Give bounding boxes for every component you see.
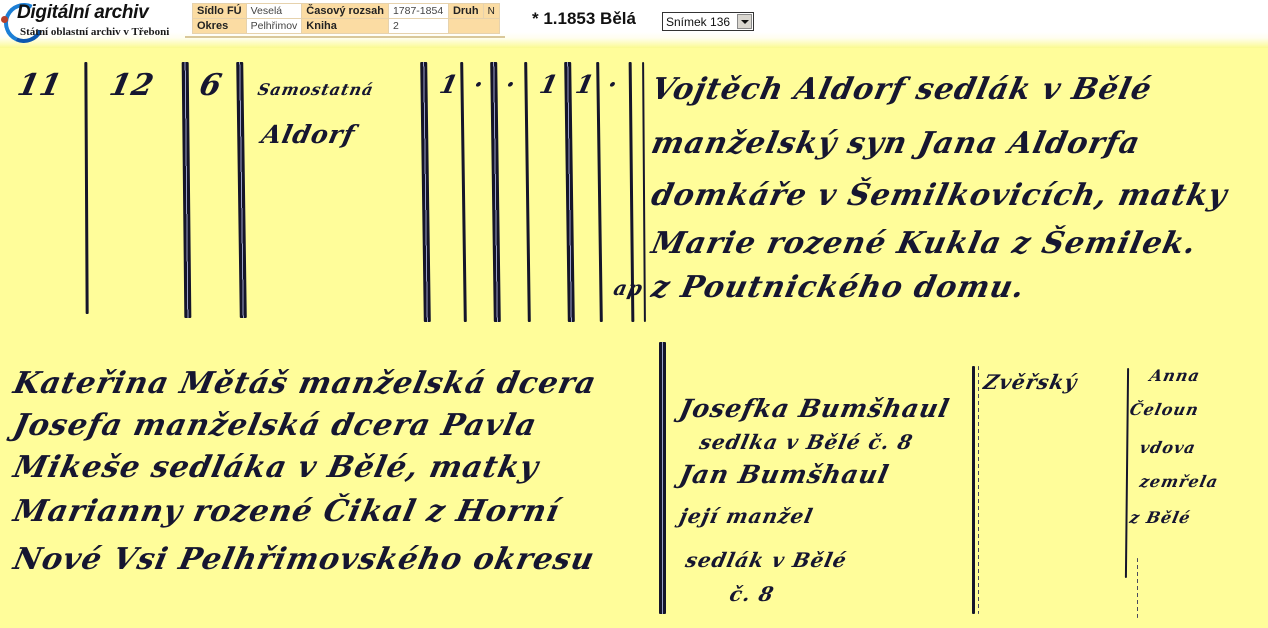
logo-dot-icon bbox=[1, 16, 8, 23]
druh-label: Druh bbox=[448, 4, 483, 19]
entry-mark: · bbox=[471, 70, 487, 99]
snimek-selected-value: Snímek 136 bbox=[666, 15, 737, 29]
note-line: zemřela bbox=[1138, 472, 1220, 491]
druh-value: N bbox=[483, 4, 499, 19]
father-line: Vojtěch Aldorf sedlák v Bělé bbox=[648, 72, 1155, 107]
okres-label: Okres bbox=[193, 19, 247, 34]
mother-line: Nové Vsi Pelhřimovského okresu bbox=[10, 542, 598, 577]
column-rule bbox=[524, 62, 531, 322]
mother-line: Kateřina Mětáš manželská dcera bbox=[10, 366, 599, 401]
mother-line: Marianny rozené Čikal z Horní bbox=[10, 494, 563, 529]
column-rule bbox=[972, 366, 975, 614]
entry-column-2: 12 bbox=[106, 68, 157, 103]
column-rule bbox=[420, 62, 431, 322]
register-page-scan: 11 12 6 Samostatná Aldorf 1 · · 1 1 · ap… bbox=[0, 48, 1268, 628]
father-line: z Poutnického domu. bbox=[648, 270, 1028, 305]
note-line: vdova bbox=[1138, 438, 1198, 457]
godparent-line: její manžel bbox=[677, 504, 815, 528]
archive-header: Digitální archiv Státní oblastní archiv … bbox=[0, 0, 1268, 48]
father-line: domkáře v Šemilkovicích, matky bbox=[648, 178, 1230, 213]
mother-line: Mikeše sedláka v Bělé, matky bbox=[10, 450, 542, 485]
logo-subtitle: Státní oblastní archiv v Třeboni bbox=[20, 26, 169, 38]
column-rule bbox=[659, 342, 666, 614]
column-rule bbox=[564, 62, 575, 322]
entry-column-3: 6 bbox=[196, 68, 225, 103]
godparent-line: sedlák v Bělé bbox=[683, 548, 849, 572]
column-rule bbox=[490, 62, 501, 322]
note-line: Čeloun bbox=[1128, 400, 1201, 419]
entry-name-line1: Samostatná bbox=[256, 80, 376, 99]
entry-side-note: ap bbox=[611, 276, 645, 300]
register-info-table: Sídlo FÚ Veselá Časový rozsah 1787-1854 … bbox=[192, 3, 500, 34]
logo-title: Digitální archiv bbox=[17, 2, 148, 24]
sidlo-fu-label: Sídlo FÚ bbox=[193, 4, 247, 19]
column-rule bbox=[84, 62, 88, 314]
column-rule bbox=[978, 366, 979, 614]
entry-mark: 1 bbox=[437, 70, 462, 99]
godparent-line: č. 8 bbox=[727, 582, 776, 606]
father-line: manželský syn Jana Aldorfa bbox=[648, 126, 1143, 161]
note-line: z Bělé bbox=[1128, 508, 1193, 527]
empty-cell bbox=[448, 19, 499, 34]
note-line: Anna bbox=[1148, 366, 1202, 385]
godparent-line: Jan Bumšhaul bbox=[677, 460, 892, 489]
entry-mark: · bbox=[503, 70, 519, 99]
casovy-rozsah-value: 1787-1854 bbox=[388, 4, 448, 19]
entry-column-1: 11 bbox=[14, 68, 65, 103]
entry-mark: 1 bbox=[537, 70, 562, 99]
father-line: Marie rozené Kukla z Šemilek. bbox=[648, 226, 1199, 261]
column-rule bbox=[596, 62, 603, 322]
archive-logo[interactable]: Digitální archiv Státní oblastní archiv … bbox=[0, 0, 185, 46]
entry-mark: · bbox=[605, 70, 621, 99]
column-rule bbox=[236, 62, 247, 318]
godparent-line: Josefka Bumšhaul bbox=[677, 394, 953, 423]
entry-mark: 1 bbox=[573, 70, 598, 99]
godparent-line: sedlka v Bělé č. 8 bbox=[697, 430, 915, 454]
header-divider bbox=[185, 36, 505, 38]
column-rule bbox=[1125, 368, 1129, 578]
chevron-down-icon[interactable] bbox=[737, 14, 752, 29]
column-rule bbox=[182, 62, 192, 318]
snimek-select[interactable]: Snímek 136 bbox=[662, 12, 754, 31]
kniha-value: 2 bbox=[388, 19, 448, 34]
mother-line: Josefa manželská dcera Pavla bbox=[10, 408, 540, 443]
casovy-rozsah-label: Časový rozsah bbox=[302, 4, 389, 19]
okres-value: Pelhřimov bbox=[246, 19, 302, 34]
kniha-label: Kniha bbox=[302, 19, 389, 34]
column-rule bbox=[1137, 558, 1138, 618]
sidlo-fu-value: Veselá bbox=[246, 4, 302, 19]
record-title: * 1.1853 Bělá bbox=[532, 9, 636, 29]
entry-name-line2: Aldorf bbox=[259, 120, 358, 149]
column-rule bbox=[460, 62, 467, 322]
midwife-text: Zvěřský bbox=[981, 370, 1079, 394]
